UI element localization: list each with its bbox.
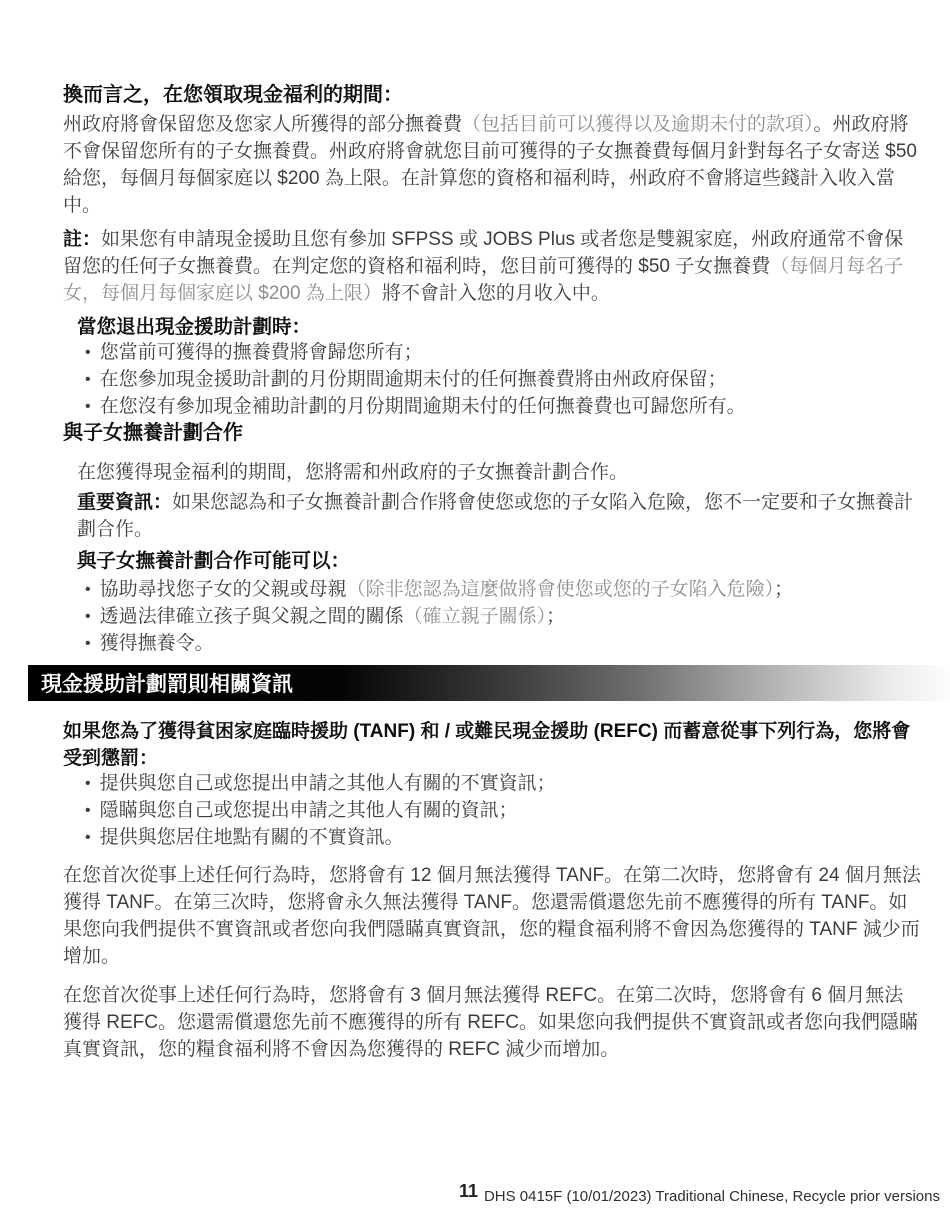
list-item-text: 提供與您自己或您提出申請之其他人有關的不實資訊； [100, 770, 556, 797]
bullet-icon: • [85, 393, 91, 420]
list-item: •透過法律確立孩子與父親之間的關係（確立親子關係）； [85, 603, 922, 630]
list-item: •您當前可獲得的撫養費將會歸您所有； [85, 339, 922, 366]
paragraph-support-withheld: 州政府將會保留您及您家人所獲得的部分撫養費（包括目前可以獲得以及逾期未付的款項）… [63, 111, 922, 219]
list-item: •提供與您自己或您提出申請之其他人有關的不實資訊； [85, 770, 922, 797]
list-item-segment: 獲得撫養令。 [100, 633, 214, 654]
cooperation-bullet-list: •協助尋找您子女的父親或母親（除非您認為這麼做將會使您或您的子女陷入危險）； •… [85, 576, 922, 657]
exit-bullet-list: •您當前可獲得的撫養費將會歸您所有； •在您參加現金援助計劃的月份期間逾期未付的… [85, 339, 922, 420]
cooperation-may-heading: 與子女撫養計劃合作可能可以： [77, 549, 922, 573]
document-content: 換而言之，在您領取現金福利的期間： 州政府將會保留您及您家人所獲得的部分撫養費（… [0, 81, 950, 1063]
bullet-icon: • [85, 797, 91, 824]
bullet-icon: • [85, 339, 91, 366]
list-item-parenthetical: （確立親子關係） [404, 606, 547, 627]
section-header-bar: 現金援助計劃罰則相關資訊 [28, 665, 950, 701]
penalty-intro-paragraph: 如果您為了獲得貧困家庭臨時援助 (TANF) 和 / 或難民現金援助 (REFC… [63, 718, 922, 772]
bullet-icon: • [85, 366, 91, 393]
section-header-title: 現金援助計劃罰則相關資訊 [41, 668, 293, 698]
bullet-icon: • [85, 824, 91, 851]
list-item-segment: 協助尋找您子女的父親或母親 [100, 579, 347, 600]
list-item-text: 透過法律確立孩子與父親之間的關係（確立親子關係）； [100, 603, 566, 630]
cooperation-heading: 與子女撫養計劃合作 [63, 420, 922, 446]
bullet-icon: • [85, 630, 91, 657]
penalty-bullet-list: •提供與您自己或您提出申請之其他人有關的不實資訊； •隱瞞與您自己或您提出申請之… [85, 770, 922, 851]
refc-penalty-paragraph: 在您首次從事上述任何行為時，您將會有 3 個月無法獲得 REFC。在第二次時，您… [63, 982, 922, 1063]
important-text: 如果您認為和子女撫養計劃合作將會使您或您的子女陷入危險，您不一定要和子女撫養計劃… [77, 492, 913, 540]
paragraph-parenthetical: （包括目前可以獲得以及逾期未付的款項） [462, 114, 814, 135]
list-item-text: 在您參加現金援助計劃的月份期間逾期未付的任何撫養費將由州政府保留； [100, 366, 727, 393]
list-item-text: 隱瞞與您自己或您提出申請之其他人有關的資訊； [100, 797, 518, 824]
cooperation-paragraph: 在您獲得現金福利的期間，您將需和州政府的子女撫養計劃合作。 [77, 459, 922, 486]
list-item-segment: 透過法律確立孩子與父親之間的關係 [100, 606, 404, 627]
list-item: •協助尋找您子女的父親或母親（除非您認為這麼做將會使您或您的子女陷入危險）； [85, 576, 922, 603]
list-item-segment: ； [546, 606, 565, 627]
document-page: 換而言之，在您領取現金福利的期間： 州政府將會保留您及您家人所獲得的部分撫養費（… [0, 0, 950, 1230]
list-item: •隱瞞與您自己或您提出申請之其他人有關的資訊； [85, 797, 922, 824]
list-item-segment: ； [774, 579, 793, 600]
page-number: 11 [459, 1181, 478, 1202]
main-heading: 換而言之，在您領取現金福利的期間： [63, 81, 922, 109]
list-item: •提供與您居住地點有關的不實資訊。 [85, 824, 922, 851]
list-item-text: 獲得撫養令。 [100, 630, 214, 657]
paragraph-note: 註：如果您有申請現金援助且您有參加 SFPSS 或 JOBS Plus 或者您是… [63, 226, 922, 307]
list-item-text: 協助尋找您子女的父親或母親（除非您認為這麼做將會使您或您的子女陷入危險）； [100, 576, 794, 603]
paragraph-text: 州政府將會保留您及您家人所獲得的部分撫養費 [63, 114, 462, 135]
list-item-text: 您當前可獲得的撫養費將會歸您所有； [100, 339, 423, 366]
exit-program-heading: 當您退出現金援助計劃時： [77, 315, 922, 339]
list-item: •獲得撫養令。 [85, 630, 922, 657]
form-footer-info: DHS 0415F (10/01/2023) Traditional Chine… [484, 1188, 940, 1205]
list-item-text: 提供與您居住地點有關的不實資訊。 [100, 824, 404, 851]
important-info-paragraph: 重要資訊：如果您認為和子女撫養計劃合作將會使您或您的子女陷入危險，您不一定要和子… [77, 489, 922, 543]
list-item: •在您參加現金援助計劃的月份期間逾期未付的任何撫養費將由州政府保留； [85, 366, 922, 393]
list-item-text: 在您沒有參加現金補助計劃的月份期間逾期未付的任何撫養費也可歸您所有。 [100, 393, 746, 420]
important-label: 重要資訊： [77, 492, 172, 513]
list-item-parenthetical: （除非您認為這麼做將會使您或您的子女陷入危險） [347, 579, 775, 600]
list-item: •在您沒有參加現金補助計劃的月份期間逾期未付的任何撫養費也可歸您所有。 [85, 393, 922, 420]
bullet-icon: • [85, 770, 91, 797]
note-label: 註： [63, 229, 101, 250]
tanf-penalty-paragraph: 在您首次從事上述任何行為時，您將會有 12 個月無法獲得 TANF。在第二次時，… [63, 862, 922, 970]
bullet-icon: • [85, 603, 91, 630]
note-text: 將不會計入您的月收入中。 [382, 283, 610, 304]
bullet-icon: • [85, 576, 91, 603]
